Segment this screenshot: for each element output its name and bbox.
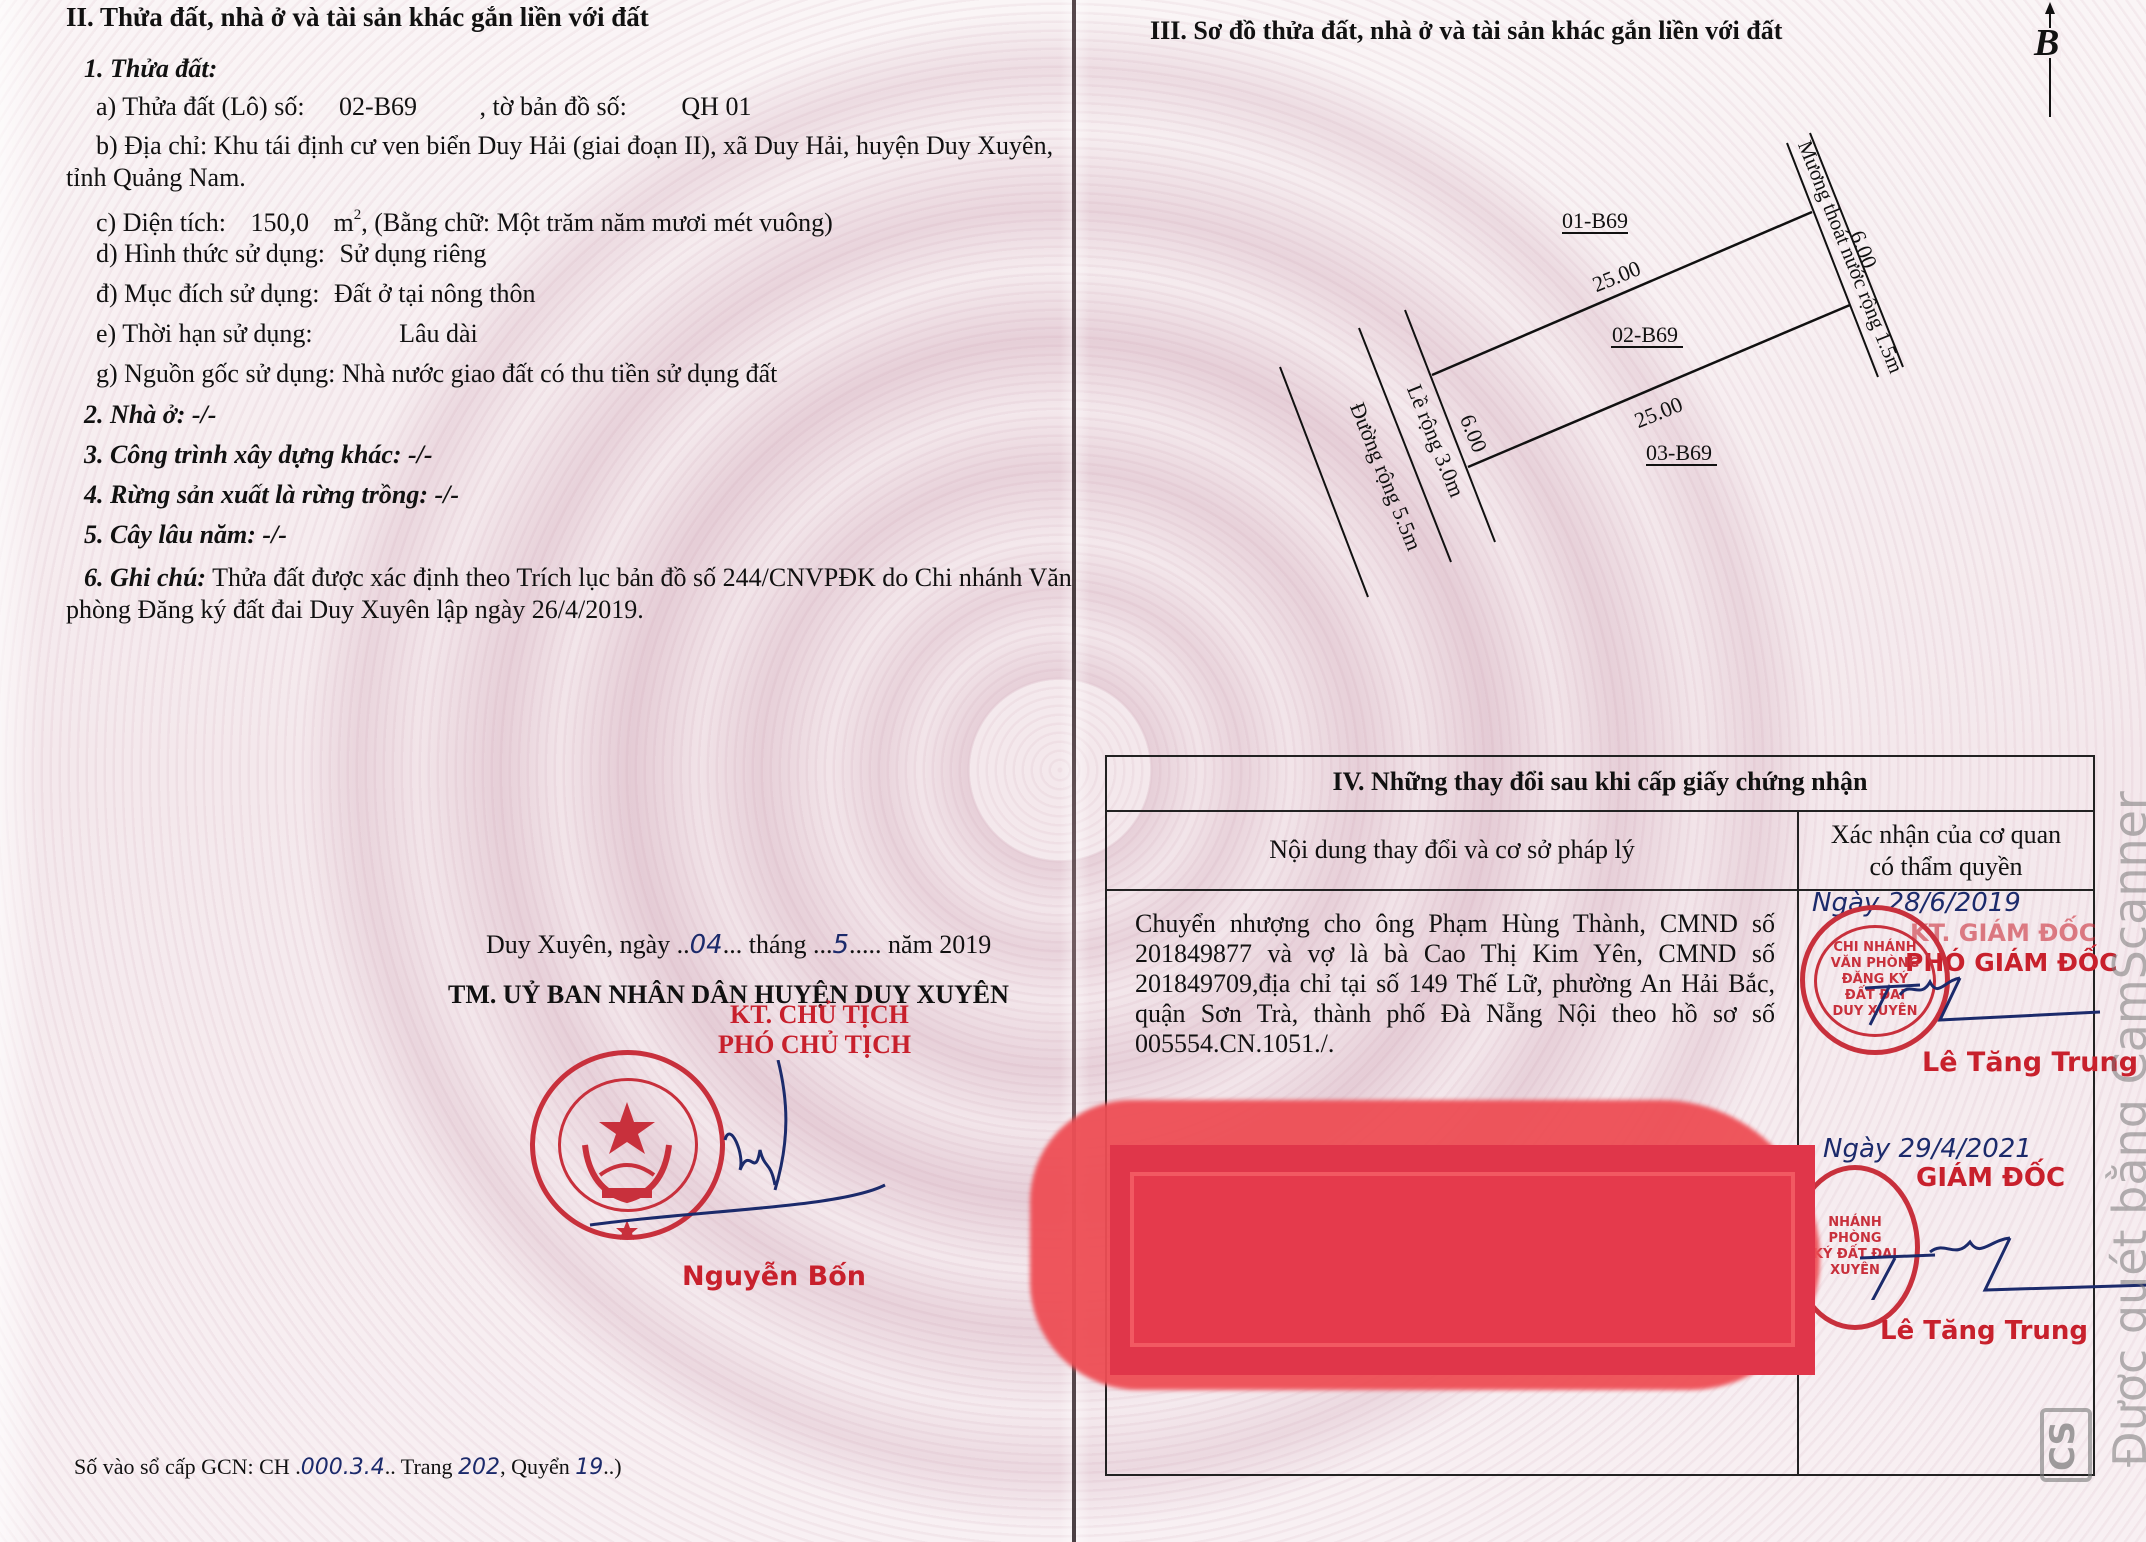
signer-name: Nguyễn Bốn [682, 1262, 866, 1292]
seal-text-line: NHÁNH [1810, 1215, 1900, 1231]
change-entry-1-text: Chuyển nhượng cho ông Phạm Hùng Thành, C… [1135, 909, 1775, 1059]
camscanner-logo-icon: CS [2040, 1408, 2092, 1482]
registry-prefix: Số vào sổ cấp GCN: CH . [74, 1454, 301, 1479]
camscanner-logo-text: CS [2043, 1421, 2083, 1471]
parcel-diagram [0, 0, 2146, 700]
redacted-change-entry-2 [1130, 1172, 1795, 1347]
watermark-text: Được quét bằng CamScanner [2103, 707, 2146, 1467]
col-header-change-content: Nội dung thay đổi và cơ sở pháp lý [1107, 835, 1797, 865]
handwritten-month: 5 [833, 930, 850, 960]
parcel-label-north: 01-B69 [1562, 206, 1628, 236]
section4-title: IV. Những thay đổi sau khi cấp giấy chứn… [1107, 767, 2093, 797]
year-suffix: ..... năm 2019 [849, 930, 991, 959]
scanner-watermark: Được quét bằng CamScanner [2090, 690, 2146, 1490]
registry-book: 19 [575, 1455, 603, 1480]
registry-book-label: , Quyển [500, 1454, 575, 1479]
col-header-confirmation-line2: có thẩm quyền [1799, 851, 2093, 883]
signature-flourish-icon [580, 1180, 900, 1240]
place-date: Duy Xuyên, ngày ..04... tháng ...5..... … [486, 930, 991, 960]
parcel-label-subject: 02-B69 [1612, 320, 1678, 350]
handwritten-day: 04 [690, 930, 723, 960]
month-prefix: ... tháng ... [723, 930, 833, 959]
seal-text-line: CHI NHÁNH [1810, 940, 1940, 956]
signer-role2: PHÓ CHỦ TỊCH [718, 1030, 911, 1060]
registry-handwritten-number: 000.3.4 [301, 1455, 385, 1480]
issuing-authority: TM. UỶ BAN NHÂN DÂN HUYỆN DUY XUYÊN [448, 980, 1009, 1010]
signer-role1: KT. CHỦ TỊCH [730, 1000, 909, 1030]
place-date-prefix: Duy Xuyên, ngày .. [486, 930, 690, 959]
road-edge-line [1280, 367, 1368, 597]
registry-number: Số vào sổ cấp GCN: CH .000.3.4.. Trang 2… [74, 1452, 622, 1483]
confirm2-date: Ngày 29/4/2021 [1823, 1134, 2032, 1164]
registry-page-label: .. Trang [385, 1454, 458, 1479]
parcel-label-south: 03-B69 [1646, 438, 1712, 468]
confirm2-role: GIÁM ĐỐC [1916, 1163, 2065, 1193]
registry-page: 202 [458, 1455, 500, 1480]
registry-suffix: ..) [603, 1454, 621, 1479]
confirm1-signature-icon [1860, 970, 2110, 1030]
col-header-confirmation-line1: Xác nhận của cơ quan [1799, 819, 2093, 851]
parcel-north-boundary [1432, 212, 1812, 375]
col-header-confirmation: Xác nhận của cơ quan có thẩm quyền [1799, 819, 2093, 883]
confirm2-signer: Lê Tăng Trung [1880, 1316, 2088, 1346]
